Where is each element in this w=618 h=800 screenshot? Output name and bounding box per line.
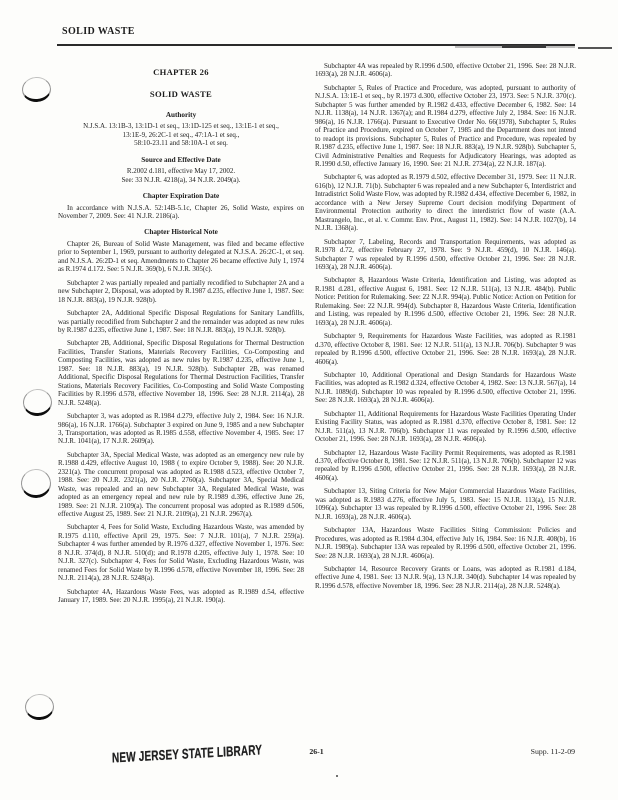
historical-paragraph: Subchapter 5, Rules of Practice and Proc…	[315, 84, 576, 169]
source-line: R.2002 d.181, effective May 17, 2002.	[58, 167, 304, 175]
historical-paragraph: Subchapter 4, Fees for Solid Waste, Excl…	[58, 523, 304, 582]
right-column: Subchapter 4A was repealed by R.1996 d.5…	[315, 62, 576, 590]
historical-paragraph: Subchapter 3, was adopted as R.1984 d.27…	[58, 412, 304, 446]
historical-note-heading: Chapter Historical Note	[58, 228, 304, 236]
binder-hole-mark	[21, 76, 52, 103]
source-heading: Source and Effective Date	[58, 156, 304, 164]
binder-hole-mark	[22, 388, 53, 417]
historical-paragraph: Subchapter 8, Hazardous Waste Criteria, …	[315, 276, 576, 327]
historical-paragraph: Subchapter 13, Siting Criteria for New M…	[315, 487, 576, 521]
binder-hole-mark	[20, 468, 52, 499]
historical-paragraph: Subchapter 4A was repealed by R.1996 d.5…	[315, 62, 576, 79]
historical-paragraph: Chapter 26, Bureau of Solid Waste Manage…	[58, 240, 304, 274]
historical-paragraph: Subchapter 12, Hazardous Waste Facility …	[315, 449, 576, 483]
source-line: See: 33 N.J.R. 4218(a), 34 N.J.R. 2049(a…	[58, 176, 304, 184]
historical-paragraph: Subchapter 14, Resource Recovery Grants …	[315, 565, 576, 590]
authority-line: 13:1E-9, 26:2C-1 et seq., 47:1A-1 et seq…	[58, 131, 304, 139]
document-page: SOLID WASTE CHAPTER 26 SOLID WASTE Autho…	[0, 0, 618, 800]
authority-line: N.J.S.A. 13:1B-3, 13:1D-1 et seq., 13:1D…	[58, 122, 304, 130]
historical-paragraph: Subchapter 2A, Additional Specific Dispo…	[58, 309, 304, 334]
footer-supplement: Supp. 11-2-09	[531, 747, 575, 756]
historical-paragraph: Subchapter 6, was adopted as R.1979 d.50…	[315, 173, 576, 232]
authority-line: 58:10-23.11 and 58:10A-1 et seq.	[58, 139, 304, 147]
chapter-number: CHAPTER 26	[58, 68, 304, 76]
historical-paragraph: Subchapter 11, Additional Requirements f…	[315, 410, 576, 444]
left-column: CHAPTER 26 SOLID WASTE Authority N.J.S.A…	[58, 68, 304, 605]
historical-paragraph: Subchapter 7, Labeling, Records and Tran…	[315, 238, 576, 272]
library-stamp: NEW JERSEY STATE LIBRARY	[112, 742, 262, 766]
binder-hole-mark	[24, 693, 55, 721]
historical-paragraph: Subchapter 13A, Hazardous Waste Faciliti…	[315, 526, 576, 560]
expiration-heading: Chapter Expiration Date	[58, 192, 304, 200]
historical-paragraph: Subchapter 9, Requirements for Hazardous…	[315, 332, 576, 366]
historical-paragraph: Subchapter 10, Additional Operational an…	[315, 371, 576, 405]
scan-dot-artifact	[336, 775, 338, 777]
authority-heading: Authority	[58, 111, 304, 119]
running-header-title: SOLID WASTE	[62, 26, 135, 37]
header-rule-dark-segment	[502, 45, 546, 48]
historical-paragraph: Subchapter 4A, Hazardous Waste Fees, was…	[58, 588, 304, 605]
historical-paragraph: Subchapter 2B, Additional, Specific Disp…	[58, 339, 304, 407]
expiration-body: In accordance with N.J.S.A. 52:14B-5.1c,…	[58, 204, 304, 221]
chapter-title: SOLID WASTE	[58, 90, 304, 98]
historical-paragraph: Subchapter 3A, Special Medical Waste, wa…	[58, 451, 304, 519]
header-rule-tail-dash	[578, 47, 612, 49]
historical-paragraph: Subchapter 2 was partially repealed and …	[58, 279, 304, 304]
